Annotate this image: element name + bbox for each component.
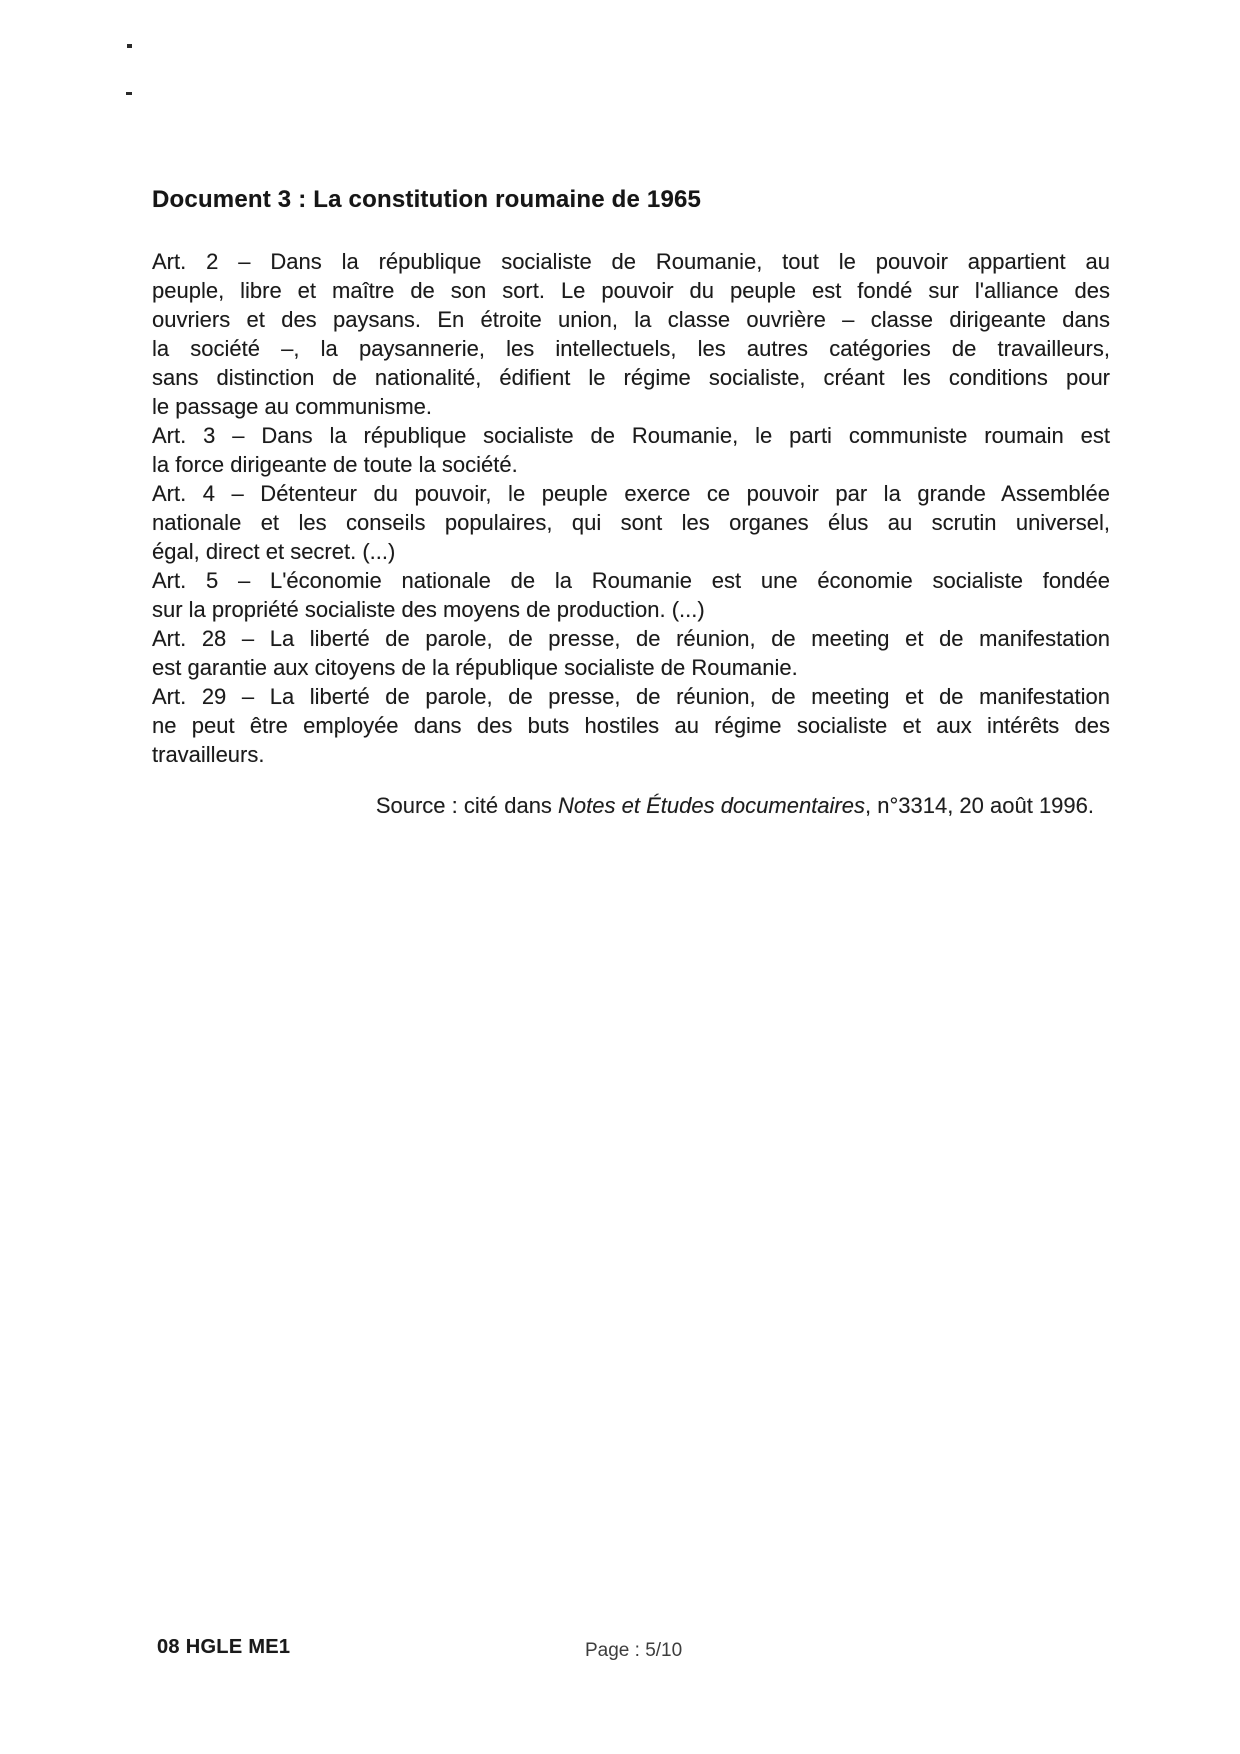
- source-work-title: Notes et Études documentaires: [558, 793, 865, 818]
- text-line: est garantie aux citoyens de la républiq…: [152, 653, 1110, 682]
- text-line: Art. 29 – La liberté de parole, de press…: [152, 682, 1110, 711]
- text-line: ouvriers et des paysans. En étroite unio…: [152, 305, 1110, 334]
- paragraph: Art. 2 – Dans la république socialiste d…: [152, 247, 1110, 421]
- text-line: travailleurs.: [152, 740, 1110, 769]
- text-line: la force dirigeante de toute la société.: [152, 450, 1110, 479]
- document-body: Art. 2 – Dans la république socialiste d…: [152, 247, 1110, 769]
- paragraph: Art. 28 – La liberté de parole, de press…: [152, 624, 1110, 682]
- text-line: Art. 28 – La liberté de parole, de press…: [152, 624, 1110, 653]
- paragraph: Art. 5 – L'économie nationale de la Roum…: [152, 566, 1110, 624]
- text-line: la société –, la paysannerie, les intell…: [152, 334, 1110, 363]
- text-line: ne peut être employée dans des buts host…: [152, 711, 1110, 740]
- document-title: Document 3 : La constitution roumaine de…: [152, 186, 701, 214]
- text-line: le passage au communisme.: [152, 392, 1110, 421]
- text-line: Art. 5 – L'économie nationale de la Roum…: [152, 566, 1110, 595]
- text-line: Art. 3 – Dans la république socialiste d…: [152, 421, 1110, 450]
- paragraph: Art. 4 – Détenteur du pouvoir, le peuple…: [152, 479, 1110, 566]
- text-line: Art. 4 – Détenteur du pouvoir, le peuple…: [152, 479, 1110, 508]
- scan-artifact-dot: [127, 44, 132, 48]
- text-line: sur la propriété socialiste des moyens d…: [152, 595, 1110, 624]
- text-line: sans distinction de nationalité, édifien…: [152, 363, 1110, 392]
- source-prefix: Source : cité dans: [376, 793, 558, 818]
- source-line: Source : cité dans Notes et Études docum…: [152, 791, 1110, 820]
- source-suffix: , n°3314, 20 août 1996.: [865, 793, 1094, 818]
- scan-artifact-dot: [126, 92, 132, 95]
- text-line: Art. 2 – Dans la république socialiste d…: [152, 247, 1110, 276]
- paragraph: Art. 3 – Dans la république socialiste d…: [152, 421, 1110, 479]
- footer-reference: 08 HGLE ME1: [157, 1636, 290, 1659]
- footer-page-indicator: Page : 5/10: [585, 1640, 682, 1662]
- text-line: nationale et les conseils populaires, qu…: [152, 508, 1110, 537]
- text-line: peuple, libre et maître de son sort. Le …: [152, 276, 1110, 305]
- text-line: égal, direct et secret. (...): [152, 537, 1110, 566]
- paragraph: Art. 29 – La liberté de parole, de press…: [152, 682, 1110, 769]
- scanned-document-page: Document 3 : La constitution roumaine de…: [0, 0, 1240, 1754]
